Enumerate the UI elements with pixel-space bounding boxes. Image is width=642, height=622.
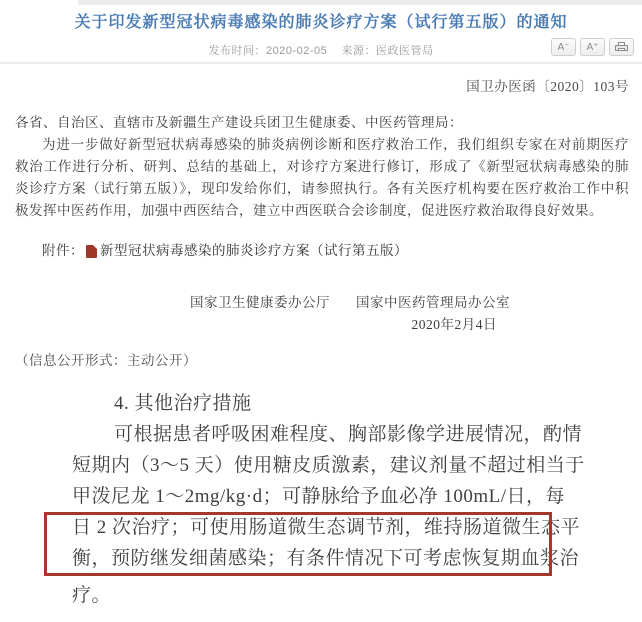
- attachment-line: 附件： 新型冠状病毒感染的肺炎诊疗方案（试行第五版）: [42, 240, 629, 262]
- sign-date: 2020年2月4日: [15, 314, 629, 336]
- salutation: 各省、自治区、直辖市及新疆生产建设兵团卫生健康委、中医药管理局：: [15, 112, 629, 134]
- attachment-label: 附件：: [42, 240, 84, 262]
- official-letter: 国卫办医函〔2020〕103号 各省、自治区、直辖市及新疆生产建设兵团卫生健康委…: [15, 76, 629, 372]
- signer-nhc-office: 国家卫生健康委办公厅: [190, 295, 330, 310]
- top-edge-remnant: [78, 0, 642, 5]
- font-larger-button[interactable]: A⁺: [580, 38, 605, 56]
- scan-line: 日 2 次治疗；可使用肠道微生态调节剂，维持肠道微生态平: [72, 512, 564, 543]
- signer-tcm-office: 国家中医药管理局办公室: [356, 295, 510, 310]
- letter-body-paragraph: 为进一步做好新型冠状病毒感染的肺炎病例诊断和医疗救治工作，我们组织专家在对前期医…: [15, 134, 629, 222]
- header-divider: [0, 62, 642, 64]
- source-value: 医政医管局: [376, 45, 434, 57]
- attachment-doc-icon: [86, 245, 97, 258]
- page-title: 关于印发新型冠状病毒感染的肺炎诊疗方案（试行第五版）的通知: [0, 9, 642, 32]
- publish-meta: 发布时间：2020-02-05 来源：医政医管局: [0, 42, 642, 58]
- scan-line: 衡，预防继发细菌感染；有条件情况下可考虑恢复期血浆治: [72, 543, 564, 574]
- font-smaller-button[interactable]: A⁻: [551, 38, 576, 56]
- scan-line: 短期内（3～5 天）使用糖皮质激素，建议剂量不超过相当于: [72, 450, 564, 481]
- scan-line: 甲泼尼龙 1～2mg/kg·d；可静脉给予血必净 100mL/日，每: [72, 481, 564, 512]
- publish-time-label: 发布时间：: [208, 45, 266, 57]
- printer-icon: [615, 42, 628, 52]
- print-button[interactable]: [609, 38, 634, 56]
- attachment-link[interactable]: 新型冠状病毒感染的肺炎诊疗方案（试行第五版）: [100, 240, 408, 262]
- document-number: 国卫办医函〔2020〕103号: [15, 76, 629, 98]
- disclosure-note: （信息公开形式：主动公开）: [15, 350, 629, 372]
- scanned-document-excerpt: 4. 其他治疗措施 可根据患者呼吸困难程度、胸部影像学进展情况，酌情 短期内（3…: [72, 388, 564, 611]
- publish-time-value: 2020-02-05: [266, 45, 327, 57]
- source-label: 来源：: [342, 45, 377, 57]
- signature-row: 国家卫生健康委办公厅国家中医药管理局办公室: [15, 292, 629, 314]
- page-toolbar: A⁻ A⁺: [551, 38, 634, 56]
- scan-line: 疗。: [72, 580, 564, 611]
- notice-page: { "header": { "title": "关于印发新型冠状病毒感染的肺炎诊…: [0, 0, 642, 622]
- scan-line: 可根据患者呼吸困难程度、胸部影像学进展情况，酌情: [72, 419, 564, 450]
- scan-line: 4. 其他治疗措施: [72, 388, 564, 419]
